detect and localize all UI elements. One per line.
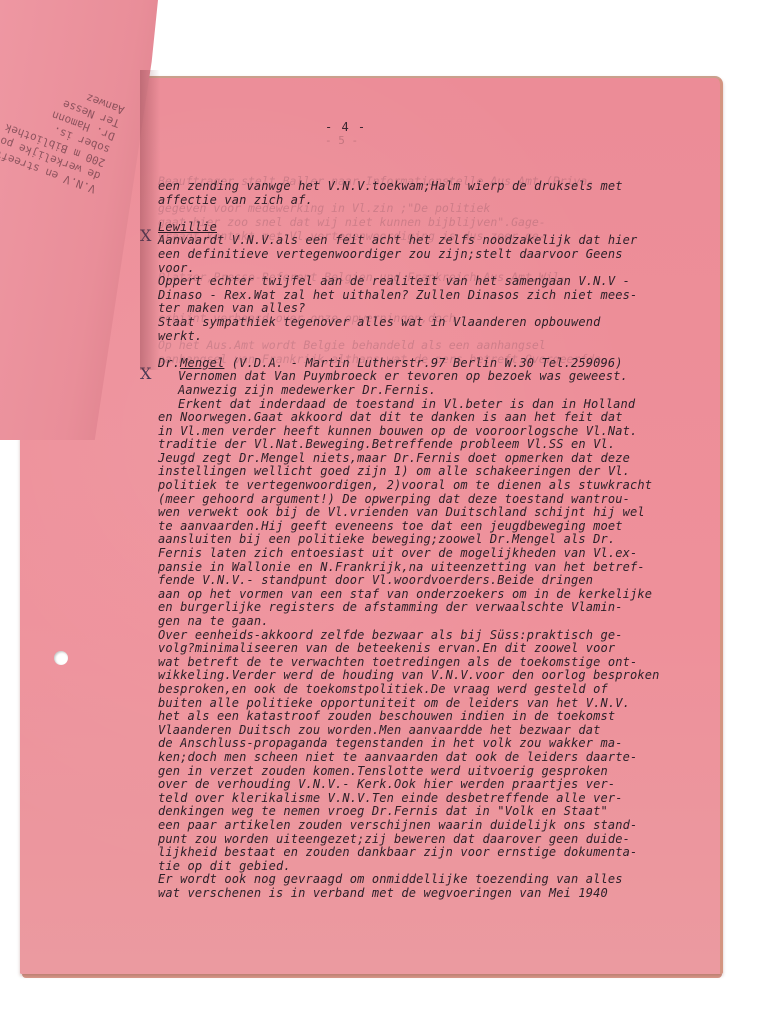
text-line: Aanvaardt V.N.V.als een feit acht het ze… [158, 234, 723, 248]
text-line: traditie der Vl.Nat.Beweging.Betreffende… [158, 438, 723, 452]
section-mengel: Dr.Mengel (V.D.A. - Martin Lutherstr.97 … [158, 357, 723, 901]
text-line: Dinaso - Rex.Wat zal het uithalen? Zulle… [158, 289, 723, 303]
folded-page-text: V.N.V en streeft na de werkelijke po 200… [0, 61, 127, 196]
text-line: de Anschluss-propaganda tegenstanden in … [158, 737, 723, 751]
text-line: en Noorwegen.Gaat akkoord dat dit te dan… [158, 411, 723, 425]
text-line: een definitieve vertegenwoordiger zou zi… [158, 248, 723, 262]
text-line: wat betreft de te verwachten toetredinge… [158, 656, 723, 670]
text-line: in Vl.men verder heeft kunnen bouwen op … [158, 425, 723, 439]
heading-prefix: Dr. [158, 356, 180, 370]
text-line: Over eenheids-akkoord zelfde bezwaar als… [158, 629, 723, 643]
text-line: Fernis laten zich entoesiast uit over de… [158, 547, 723, 561]
text-line: en burgerlijke registers de afstamming d… [158, 601, 723, 615]
paragraph-lewillie: Aanvaardt V.N.V.als een feit acht het ze… [158, 234, 723, 343]
text-line: Oppert echter twijfel aan de realiteit v… [158, 275, 723, 289]
text-line: het als een katastroof zouden beschouwen… [158, 710, 723, 724]
document-body: een zending vanwge het V.N.V.toekwam;Hal… [158, 180, 723, 900]
text-line: Staat sympathiek tegenover alles wat in … [158, 316, 723, 330]
heading-address: (V.D.A. - Martin Lutherstr.97 Berlin W.3… [224, 356, 622, 370]
text-line: een zending vanwge het V.N.V.toekwam;Hal… [158, 180, 723, 194]
text-line: affectie van zich af. [158, 194, 723, 208]
text-line: instellingen wellicht goed zijn 1) om al… [158, 465, 723, 479]
text-line: (meer gehoord argument!) De opwerping da… [158, 493, 723, 507]
text-line: Vlaanderen Duitsch zou worden.Men aanvaa… [158, 724, 723, 738]
text-line: tie op dit gebied. [158, 860, 723, 874]
text-line: wikkeling.Verder werd de houding van V.N… [158, 669, 723, 683]
text-line: ken;doch men scheen niet te aanvaarden d… [158, 751, 723, 765]
text-line: een paar artikelen zouden verschijnen wa… [158, 819, 723, 833]
text-line: Aanwezig zijn medewerker Dr.Fernis. [158, 384, 723, 398]
page-number: - 4 - [325, 120, 366, 134]
paragraph-intro: een zending vanwge het V.N.V.toekwam;Hal… [158, 180, 723, 207]
text-line: aansluiten bij een politieke beweging;zo… [158, 533, 723, 547]
section-lewillie: Lewillie Aanvaardt V.N.V.als een feit ac… [158, 221, 723, 343]
text-line: besproken,en ook de toekomstpolitiek.De … [158, 683, 723, 697]
text-line: voor. [158, 262, 723, 276]
text-line: lijkheid bestaat en zouden dankbaar zijn… [158, 846, 723, 860]
text-line: volg?minimaliseeren van de beteekenis er… [158, 642, 723, 656]
text-line: teld over klerikalisme V.N.V.Ten einde d… [158, 792, 723, 806]
text-line: Erkent dat inderdaad de toestand in Vl.b… [158, 398, 723, 412]
text-line: Er wordt ook nog gevraagd om onmiddellij… [158, 873, 723, 887]
text-line: Vernomen dat Van Puymbroeck er tevoren o… [158, 370, 723, 384]
text-line: over de verhouding V.N.V.- Kerk.Ook hier… [158, 778, 723, 792]
text-line: gen in verzet zouden komen.Tenslotte wer… [158, 765, 723, 779]
paragraph-mengel: Vernomen dat Van Puymbroeck er tevoren o… [158, 370, 723, 900]
text-line: Jeugd zegt Dr.Mengel niets,maar Dr.Ferni… [158, 452, 723, 466]
fold-shadow [140, 70, 160, 370]
text-line: punt zou worden uiteengezet;zij beweren … [158, 833, 723, 847]
text-line: pansie in Wallonie en N.Frankrijk,na uit… [158, 561, 723, 575]
punch-hole [54, 651, 68, 665]
bleedthrough-page-number: - 5 - [325, 134, 358, 147]
text-line: politiek te vertegenwoordigen, 2)vooral … [158, 479, 723, 493]
text-line: gen na te gaan. [158, 615, 723, 629]
section-heading-lewillie: Lewillie [158, 220, 217, 234]
text-line: aan op het vormen van een staf van onder… [158, 588, 723, 602]
text-line: fende V.N.V.- standpunt door Vl.woordvoe… [158, 574, 723, 588]
text-line: buiten alle politieke opportuniteit om d… [158, 697, 723, 711]
section-heading-mengel: Mengel [180, 356, 224, 370]
text-line: werkt. [158, 330, 723, 344]
text-line: wen verwekt ook bij de Vl.vrienden van D… [158, 506, 723, 520]
text-line: denkingen weg te nemen vroeg Dr.Fernis d… [158, 805, 723, 819]
text-line: ter maken van alles? [158, 302, 723, 316]
text-line: te aanvaarden.Hij geeft eveneens toe dat… [158, 520, 723, 534]
text-line: wat verschenen is in verband met de wegv… [158, 887, 723, 901]
